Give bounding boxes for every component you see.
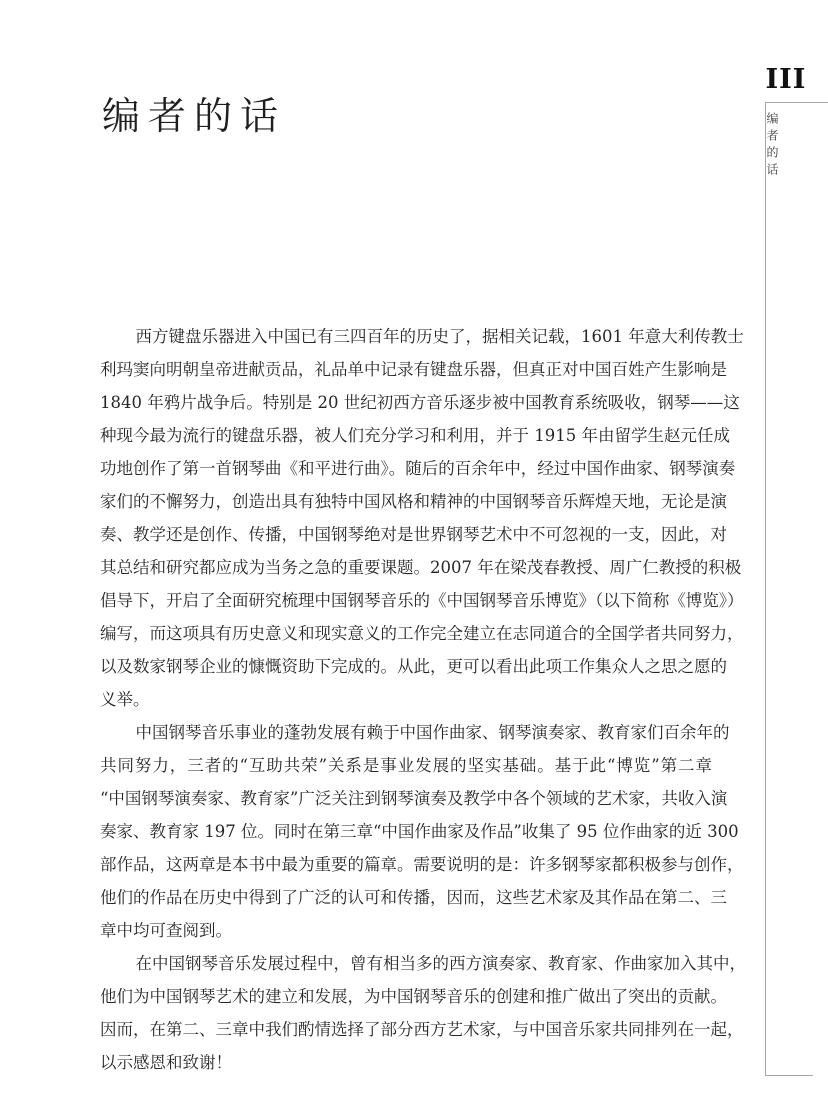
text-line: 他们为中国钢琴艺术的建立和发展，为中国钢琴音乐的创建和推广做出了突出的贡献。 (100, 980, 712, 1013)
running-head-vertical: 编者的话 (764, 112, 781, 180)
text-line: 奏家、教育家 197 位。同时在第三章“中国作曲家及作品”收集了 95 位作曲家… (100, 815, 712, 848)
text-line: 以及数家钢琴企业的慷慨资助下完成的。从此，更可以看出此项工作集众人之思之愿的 (100, 650, 712, 683)
text-line: 共同努力，三者的“互助共荣”关系是事业发展的坚实基础。基于此“博览”第二章 (100, 749, 712, 782)
paragraph: 中国钢琴音乐事业的蓬勃发展有赖于中国作曲家、钢琴演奏家、教育家们百余年的 共同努… (100, 716, 712, 947)
text-line: 以示感恩和致谢！ (100, 1046, 712, 1079)
text-line: 倡导下，开启了全面研究梳理中国钢琴音乐的《中国钢琴音乐博览》（以下简称《博览》） (100, 584, 712, 617)
text-line: 编写，而这项具有历史意义和现实意义的工作完全建立在志同道合的全国学者共同努力， (100, 617, 712, 650)
margin-rule (765, 102, 828, 1076)
text-line: 章中均可查阅到。 (100, 914, 712, 947)
book-page: 编者的话 III 编者的话 西方键盘乐器进入中国已有三四百年的历史了，据相关记载… (0, 0, 828, 1106)
text-line: 1840 年鸦片战争后。特别是 20 世纪初西方音乐逐步被中国教育系统吸收，钢琴… (100, 386, 712, 419)
text-line: 西方键盘乐器进入中国已有三四百年的历史了，据相关记载，1601 年意大利传教士 (100, 320, 712, 353)
paragraph: 西方键盘乐器进入中国已有三四百年的历史了，据相关记载，1601 年意大利传教士 … (100, 320, 712, 716)
text-line: 功地创作了第一首钢琴曲《和平进行曲》。随后的百余年中，经过中国作曲家、钢琴演奏 (100, 452, 712, 485)
page-title: 编者的话 (102, 96, 286, 138)
text-line: “中国钢琴演奏家、教育家”广泛关注到钢琴演奏及教学中各个领域的艺术家，共收入演 (100, 782, 712, 815)
text-line: 家们的不懈努力，创造出具有独特中国风格和精神的中国钢琴音乐辉煌天地，无论是演 (100, 485, 712, 518)
page-number: III (762, 64, 810, 95)
text-line: 种现今最为流行的键盘乐器，被人们充分学习和利用，并于 1915 年由留学生赵元任… (100, 419, 712, 452)
text-line: 其总结和研究都应成为当务之急的重要课题。2007 年在梁茂春教授、周广仁教授的积… (100, 551, 712, 584)
text-line: 在中国钢琴音乐发展过程中，曾有相当多的西方演奏家、教育家、作曲家加入其中， (100, 947, 712, 980)
text-line: 中国钢琴音乐事业的蓬勃发展有赖于中国作曲家、钢琴演奏家、教育家们百余年的 (100, 716, 712, 749)
text-line: 义举。 (100, 683, 712, 716)
text-line: 利玛窦向明朝皇帝进献贡品，礼品单中记录有键盘乐器，但真正对中国百姓产生影响是 (100, 353, 712, 386)
text-line: 奏、教学还是创作、传播，中国钢琴绝对是世界钢琴艺术中不可忽视的一支，因此，对 (100, 518, 712, 551)
text-line: 他们的作品在历史中得到了广泛的认可和传播，因而，这些艺术家及其作品在第二、三 (100, 881, 712, 914)
paragraph: 在中国钢琴音乐发展过程中，曾有相当多的西方演奏家、教育家、作曲家加入其中， 他们… (100, 947, 712, 1079)
margin-rule-foot (766, 1075, 813, 1077)
text-line: 因而，在第二、三章中我们酌情选择了部分西方艺术家，与中国音乐家共同排列在一起， (100, 1013, 712, 1046)
text-line: 部作品，这两章是本书中最为重要的篇章。需要说明的是：许多钢琴家都积极参与创作， (100, 848, 712, 881)
body-text: 西方键盘乐器进入中国已有三四百年的历史了，据相关记载，1601 年意大利传教士 … (100, 320, 712, 1079)
